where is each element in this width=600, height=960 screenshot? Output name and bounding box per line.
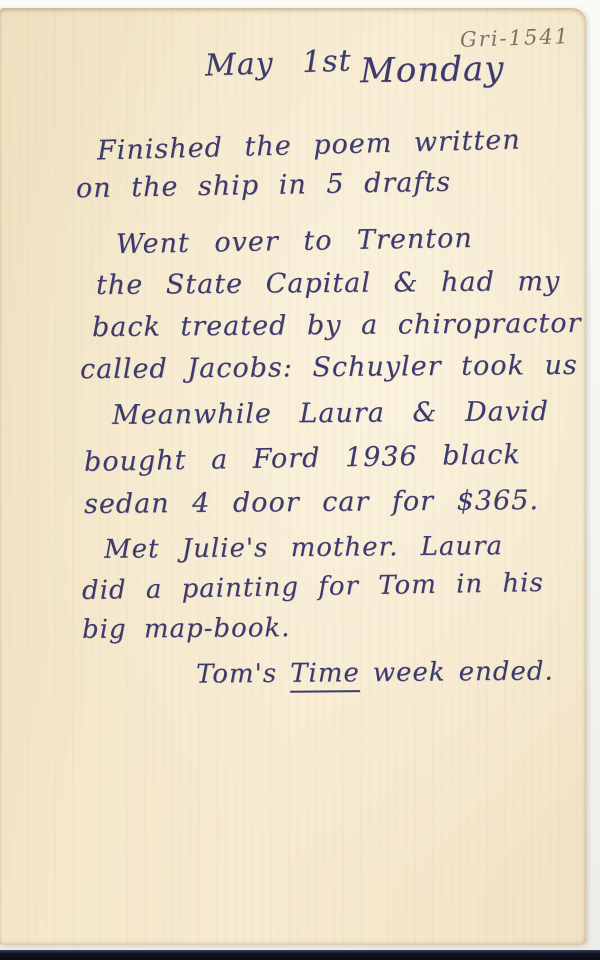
handwritten-line: did a painting for Tom in his [82,568,544,606]
handwritten-line: called Jacobs: Schuyler took us [80,350,578,385]
underlined-word: Time [290,658,360,693]
handwritten-line: Finished the poem written [97,124,521,166]
diary-paper: Gri-1541 May 1st Monday Finished the poe… [0,8,586,945]
scan-border [0,950,600,960]
handwritten-line: Meanwhile Laura & David [112,396,549,431]
archival-number: Gri-1541 [460,24,571,52]
handwritten-line: big map-book. [82,613,291,645]
handwritten-line: sedan 4 door car for $365. [84,485,539,520]
handwritten-line: bought a Ford 1936 black [84,439,521,478]
closing-line: Tom'sTimeweekended. [196,656,567,689]
handwritten-line: Met Julie's mother. Laura [104,531,503,564]
closing-word: week [373,657,446,688]
handwritten-line: back treated by a chiropractor [92,308,582,343]
closing-word: Tom's [196,659,277,690]
closing-word: ended. [458,656,553,687]
scanned-diary-page: Gri-1541 May 1st Monday Finished the poe… [0,0,600,960]
handwritten-line: on the ship in 5 drafts [76,167,452,205]
entry-date: May 1st [204,43,352,83]
entry-weekday: Monday [360,49,505,92]
handwritten-line: the State Capital & had my [96,266,561,301]
handwritten-line: Went over to Trenton [116,223,473,260]
